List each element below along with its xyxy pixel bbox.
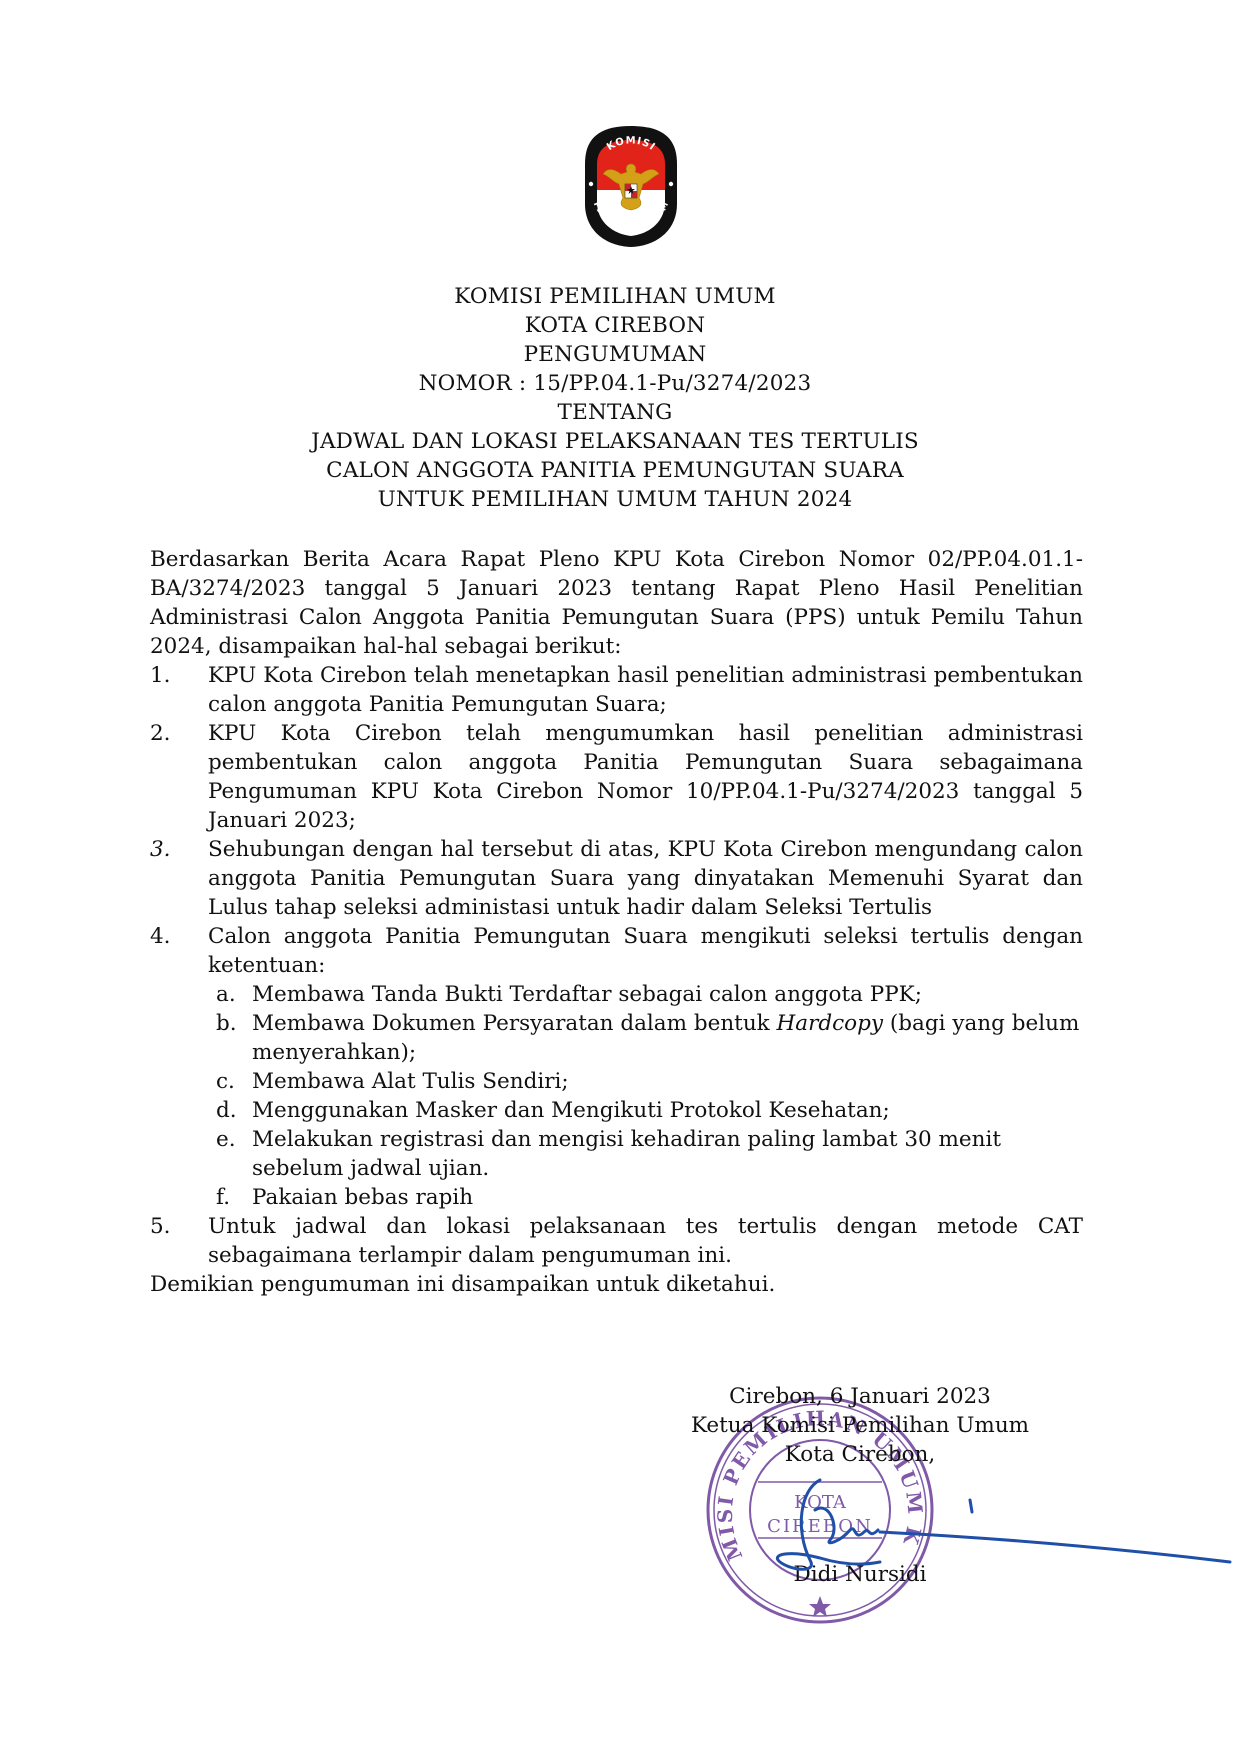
sub-letter: d. (216, 1096, 252, 1125)
signature-icon (760, 1470, 1240, 1590)
sub-item-d: d. Menggunakan Masker dan Mengikuti Prot… (216, 1096, 1083, 1125)
list-item-3: 3. Sehubungan dengan hal tersebut di ata… (150, 835, 1083, 922)
list-text: KPU Kota Cirebon telah menetapkan hasil … (208, 661, 1083, 719)
list-text: Untuk jadwal dan lokasi pelaksanaan tes … (208, 1212, 1083, 1270)
sub-text: Membawa Alat Tulis Sendiri; (252, 1067, 1083, 1096)
kpu-emblem-icon: KOMISI PEMILIHAN UMUM (583, 124, 679, 248)
sub-item-b: b. Membawa Dokumen Persyaratan dalam ben… (216, 1009, 1083, 1067)
document-header: KOMISI PEMILIHAN UMUM KOTA CIREBON PENGU… (150, 282, 1080, 514)
list-number: 1. (150, 661, 208, 719)
list-text: Sehubungan dengan hal tersebut di atas, … (208, 835, 1083, 922)
list-item-1: 1. KPU Kota Cirebon telah menetapkan has… (150, 661, 1083, 719)
list-item-2: 2. KPU Kota Cirebon telah mengumumkan ha… (150, 719, 1083, 835)
document-type: PENGUMUMAN (150, 340, 1080, 369)
city-name: KOTA CIREBON (150, 311, 1080, 340)
document-body: Berdasarkan Berita Acara Rapat Pleno KPU… (150, 545, 1083, 1299)
sub-item-f: f. Pakaian bebas rapih (216, 1183, 1083, 1212)
institution-name: KOMISI PEMILIHAN UMUM (150, 282, 1080, 311)
list-text: KPU Kota Cirebon telah mengumumkan hasil… (208, 719, 1083, 835)
list-item-4: 4. Calon anggota Panitia Pemungutan Suar… (150, 922, 1083, 980)
sub-letter: a. (216, 980, 252, 1009)
sub-letter: c. (216, 1067, 252, 1096)
sub-letter: f. (216, 1183, 252, 1212)
sub-text: Melakukan registrasi dan mengisi kehadir… (252, 1125, 1083, 1183)
about-label: TENTANG (150, 398, 1080, 427)
hardcopy-emphasis: Hardcopy (777, 1011, 884, 1036)
intro-paragraph: Berdasarkan Berita Acara Rapat Pleno KPU… (150, 545, 1083, 661)
list-text: Calon anggota Panitia Pemungutan Suara m… (208, 922, 1083, 980)
subject-line-1: JADWAL DAN LOKASI PELAKSANAAN TES TERTUL… (150, 427, 1080, 456)
list-number: 3. (150, 835, 208, 922)
signature-block: Cirebon, 6 Januari 2023 Ketua Komisi Pem… (640, 1382, 1080, 1469)
document-number: NOMOR : 15/PP.04.1-Pu/3274/2023 (150, 369, 1080, 398)
sub-text: Membawa Tanda Bukti Terdaftar sebagai ca… (252, 980, 1083, 1009)
list-number: 4. (150, 922, 208, 980)
list-number: 5. (150, 1212, 208, 1270)
sub-text: Pakaian bebas rapih (252, 1183, 1083, 1212)
place-date: Cirebon, 6 Januari 2023 (640, 1382, 1080, 1411)
sub-letter: e. (216, 1125, 252, 1183)
sub-letter: b. (216, 1009, 252, 1067)
subject-line-3: UNTUK PEMILIHAN UMUM TAHUN 2024 (150, 485, 1080, 514)
closing-paragraph: Demikian pengumuman ini disampaikan untu… (150, 1270, 1083, 1299)
subject-line-2: CALON ANGGOTA PANITIA PEMUNGUTAN SUARA (150, 456, 1080, 485)
sub-item-c: c. Membawa Alat Tulis Sendiri; (216, 1067, 1083, 1096)
sub-item-a: a. Membawa Tanda Bukti Terdaftar sebagai… (216, 980, 1083, 1009)
signer-title-line-1: Ketua Komisi Pemilihan Umum (640, 1411, 1080, 1440)
signer-title-line-2: Kota Cirebon, (640, 1440, 1080, 1469)
list-number: 2. (150, 719, 208, 835)
list-item-5: 5. Untuk jadwal dan lokasi pelaksanaan t… (150, 1212, 1083, 1270)
handwritten-signature (760, 1470, 1240, 1590)
sub-text: Menggunakan Masker dan Mengikuti Protoko… (252, 1096, 1083, 1125)
sub-item-e: e. Melakukan registrasi dan mengisi keha… (216, 1125, 1083, 1183)
kpu-logo: KOMISI PEMILIHAN UMUM (583, 124, 679, 248)
sub-text: Membawa Dokumen Persyaratan dalam bentuk… (252, 1009, 1083, 1067)
